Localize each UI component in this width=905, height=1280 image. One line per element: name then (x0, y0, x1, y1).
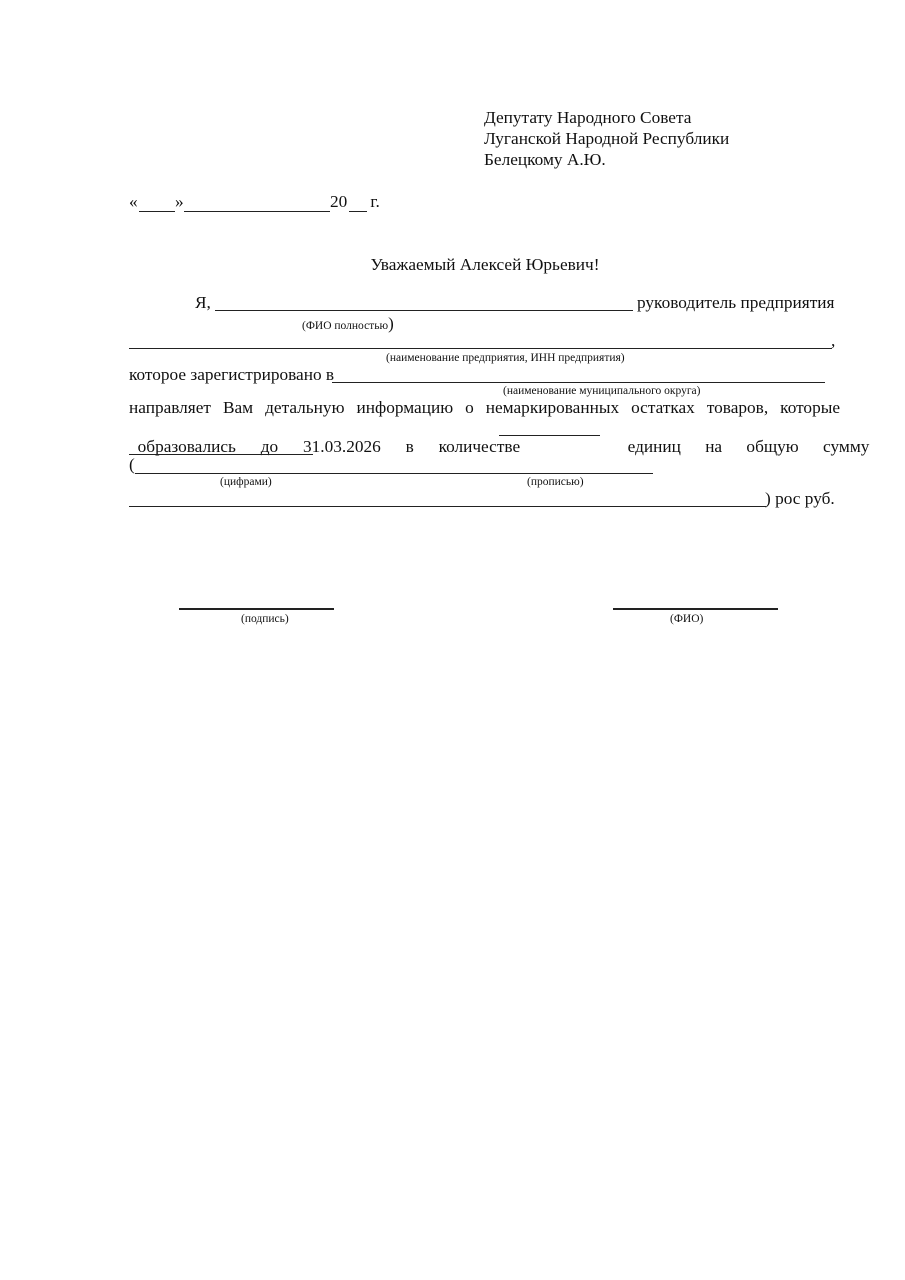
year-suffix: г. (366, 192, 380, 212)
enterprise-hint: (наименование предприятия, ИНН предприят… (386, 351, 625, 365)
month-field[interactable] (184, 193, 330, 212)
date-close-quote: » (175, 192, 184, 212)
quantity-field[interactable] (499, 417, 600, 436)
i-label: Я, (195, 293, 211, 313)
paragraph-line-1: направляет Вам детальную информацию о не… (129, 398, 840, 418)
digits-hint: (цифрами) (220, 475, 272, 489)
date-open-quote: « (129, 192, 138, 212)
addressee-line-2: Луганской Народной Республики (484, 129, 729, 149)
district-field[interactable] (332, 364, 825, 383)
addressee-line-1: Депутату Народного Совета (484, 108, 691, 128)
year-field[interactable] (349, 193, 367, 212)
greeting: Уважаемый Алексей Юрьевич! (0, 255, 905, 275)
words-hint: (прописью) (527, 475, 584, 489)
fio-field[interactable] (215, 292, 633, 311)
paragraph-line-2-b-text: единиц на общую сумму (628, 437, 870, 456)
district-hint: (наименование муниципального округа) (503, 384, 700, 398)
signature-hint: (подпись) (241, 612, 289, 626)
sum-field-start[interactable] (129, 436, 313, 455)
sum-open-paren: ( (129, 455, 135, 475)
signer-name-hint: (ФИО) (670, 612, 703, 626)
day-field[interactable] (139, 193, 175, 212)
enterprise-comma: , (831, 331, 835, 351)
currency-suffix: ) рос руб. (765, 489, 835, 509)
signer-name-field[interactable] (613, 590, 778, 610)
sum-digits-field[interactable] (135, 455, 653, 474)
enterprise-field[interactable] (129, 330, 832, 349)
year-prefix: 20 (330, 192, 347, 212)
registered-label: которое зарегистрировано в (129, 365, 334, 385)
head-role-text: руководитель предприятия (637, 293, 834, 313)
sum-words-field[interactable] (129, 488, 766, 507)
addressee-line-3: Белецкому А.Ю. (484, 150, 606, 170)
signature-field[interactable] (179, 590, 334, 610)
paragraph-line-2-b: единиц на общую сумму (619, 417, 869, 457)
